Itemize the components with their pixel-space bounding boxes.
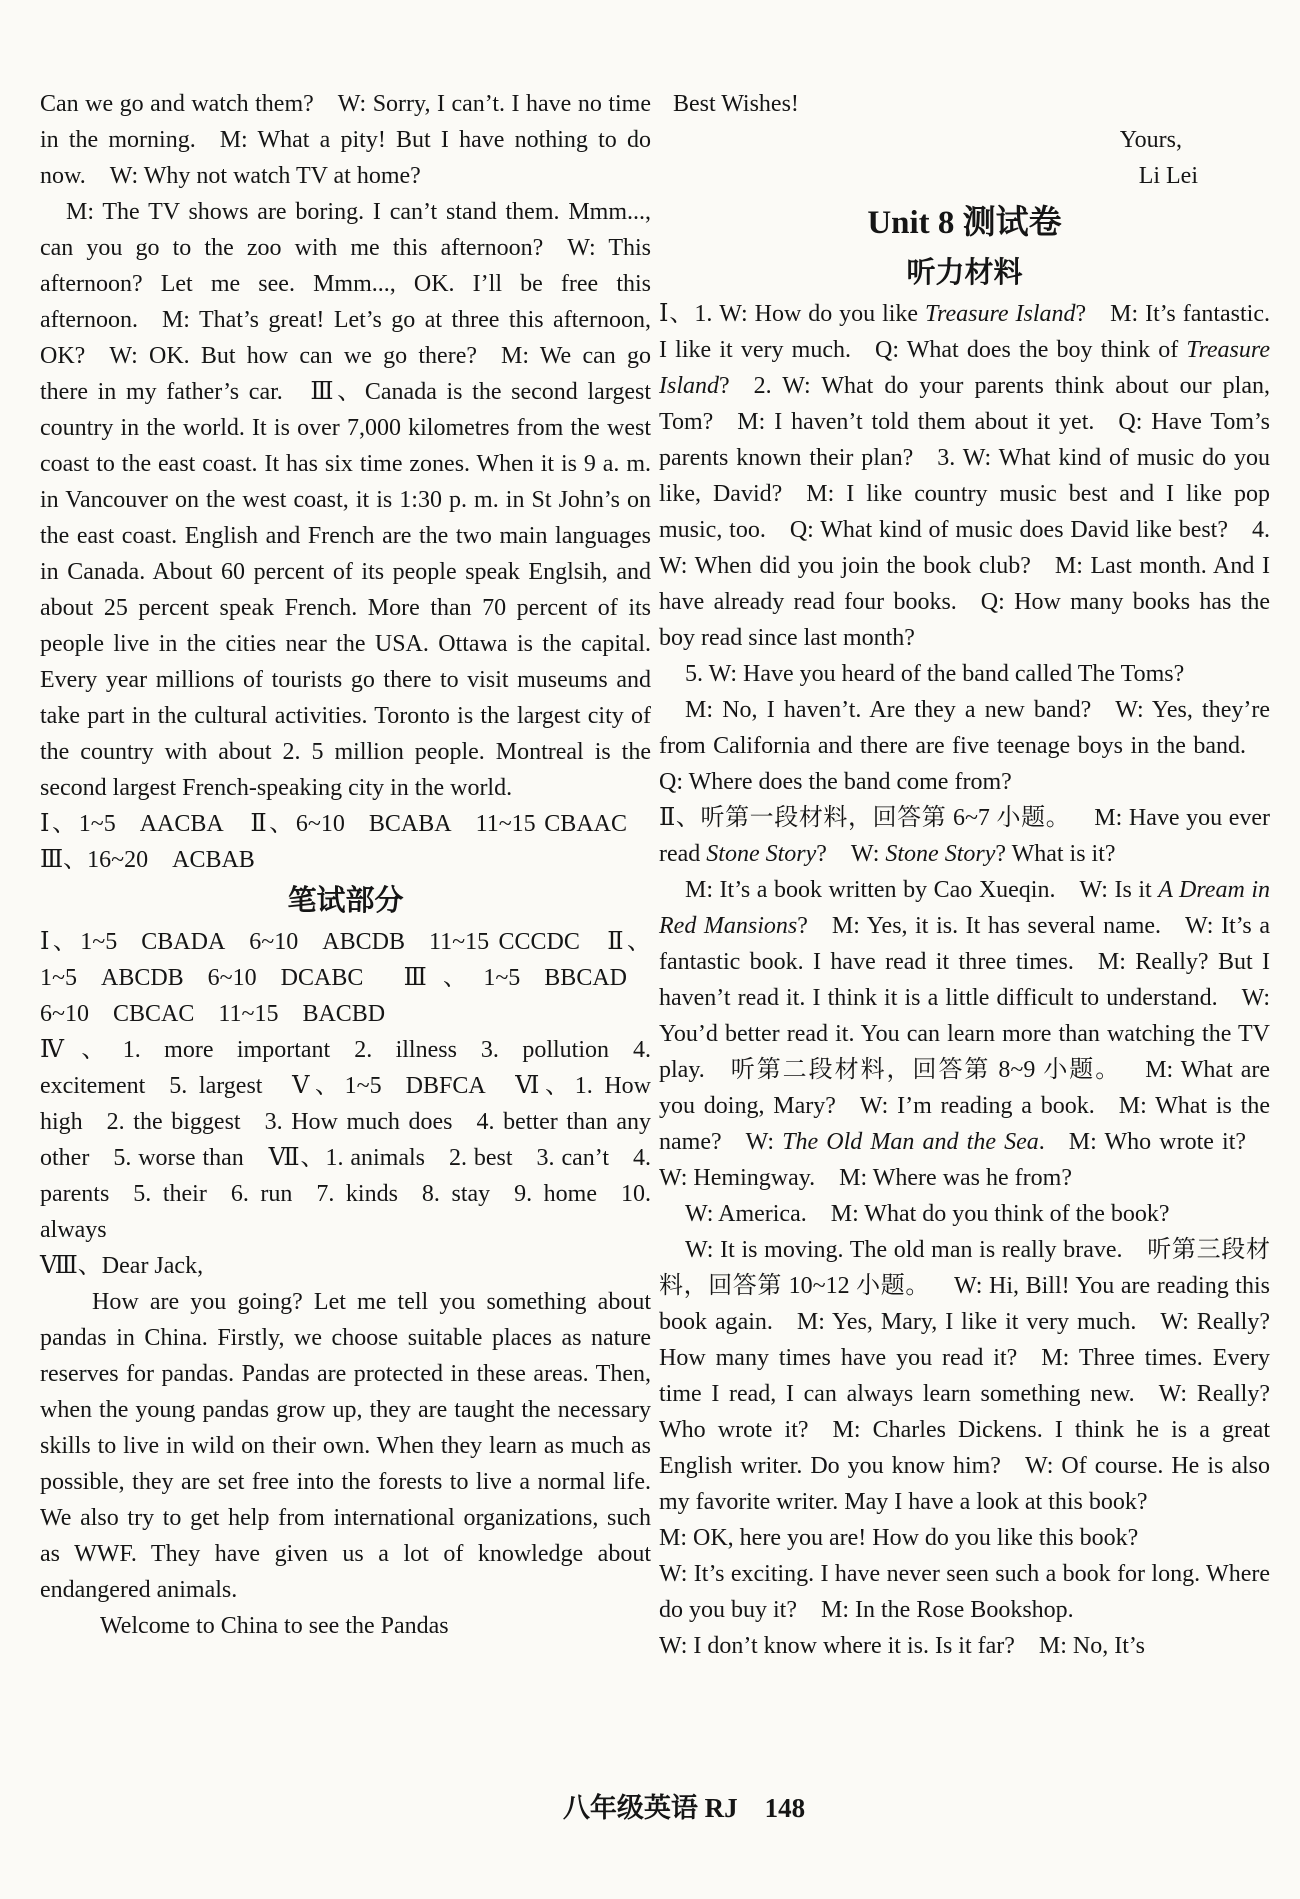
- right-column: Best Wishes! Yours, Li Lei Unit 8 测试卷 听力…: [659, 86, 1270, 1664]
- answer-key-line: Ⅳ、1. more important 2. illness 3. pollut…: [40, 1032, 651, 1248]
- answer-key-line: Ⅰ、1~5 AACBA Ⅱ、6~10 BCABA 11~15 CBAAC Ⅲ、1…: [40, 806, 651, 878]
- listening-paragraph: M: OK, here you are! How do you like thi…: [659, 1520, 1270, 1556]
- listening-paragraph: W: America. M: What do you think of the …: [659, 1196, 1270, 1232]
- dialogue-text: M: It’s a book written by Cao Xueqin. W:…: [685, 877, 1158, 903]
- listening-paragraph: M: No, I haven’t. Are they a new band? W…: [659, 692, 1270, 800]
- footer-page-label: 八年级英语 RJ 148: [563, 1786, 805, 1825]
- dialogue-text: ? What is it?: [995, 841, 1115, 867]
- letter-salutation: Ⅷ、Dear Jack,: [40, 1248, 651, 1284]
- answer-key-line: Ⅰ、1~5 CBADA 6~10 ABCDB 11~15 CCCDC Ⅱ、1~5…: [40, 924, 651, 1032]
- book-title-italic: The Old Man and the Sea: [782, 1129, 1039, 1155]
- unit-test-heading: Unit 8 测试卷: [659, 196, 1270, 250]
- letter-body: How are you going? Let me tell you somet…: [40, 1284, 651, 1608]
- listening-paragraph: 5. W: Have you heard of the band called …: [659, 656, 1270, 692]
- listening-paragraph: Ⅰ、1. W: How do you like Treasure Island?…: [659, 296, 1270, 656]
- letter-invite-line: Welcome to China to see the Pandas: [40, 1608, 651, 1644]
- dialogue-paragraph: M: The TV shows are boring. I can’t stan…: [40, 194, 651, 806]
- dialogue-text: ? M: Yes, it is. It has several name. W:…: [659, 913, 1270, 1155]
- dialogue-text: ? 2. W: What do your parents think about…: [659, 373, 1270, 651]
- answer-key-page: Can we go and watch them? W: Sorry, I ca…: [0, 0, 1300, 1899]
- book-title-italic: Stone Story: [706, 841, 816, 867]
- listening-material-heading: 听力材料: [659, 250, 1270, 296]
- two-column-layout: Can we go and watch them? W: Sorry, I ca…: [40, 86, 1272, 1664]
- letter-signoff: Yours,: [659, 122, 1270, 158]
- letter-closing: Best Wishes!: [659, 86, 1270, 122]
- dialogue-paragraph: Can we go and watch them? W: Sorry, I ca…: [40, 86, 651, 194]
- book-title-italic: Treasure Island: [925, 301, 1076, 327]
- listening-paragraph: W: I don’t know where it is. Is it far? …: [659, 1628, 1270, 1664]
- listening-paragraph: Ⅱ、听第一段材料，回答第 6~7 小题。 M: Have you ever re…: [659, 800, 1270, 872]
- listening-paragraph: W: It is moving. The old man is really b…: [659, 1232, 1270, 1520]
- book-title-italic: Stone Story: [885, 841, 995, 867]
- listening-paragraph: W: It’s exciting. I have never seen such…: [659, 1556, 1270, 1628]
- written-part-heading: 笔试部分: [40, 878, 651, 924]
- dialogue-text: ? W:: [816, 841, 885, 867]
- listening-paragraph: M: It’s a book written by Cao Xueqin. W:…: [659, 872, 1270, 1196]
- letter-signature: Li Lei: [659, 158, 1270, 194]
- left-column: Can we go and watch them? W: Sorry, I ca…: [40, 86, 651, 1664]
- dialogue-text: Ⅰ、1. W: How do you like: [659, 301, 925, 327]
